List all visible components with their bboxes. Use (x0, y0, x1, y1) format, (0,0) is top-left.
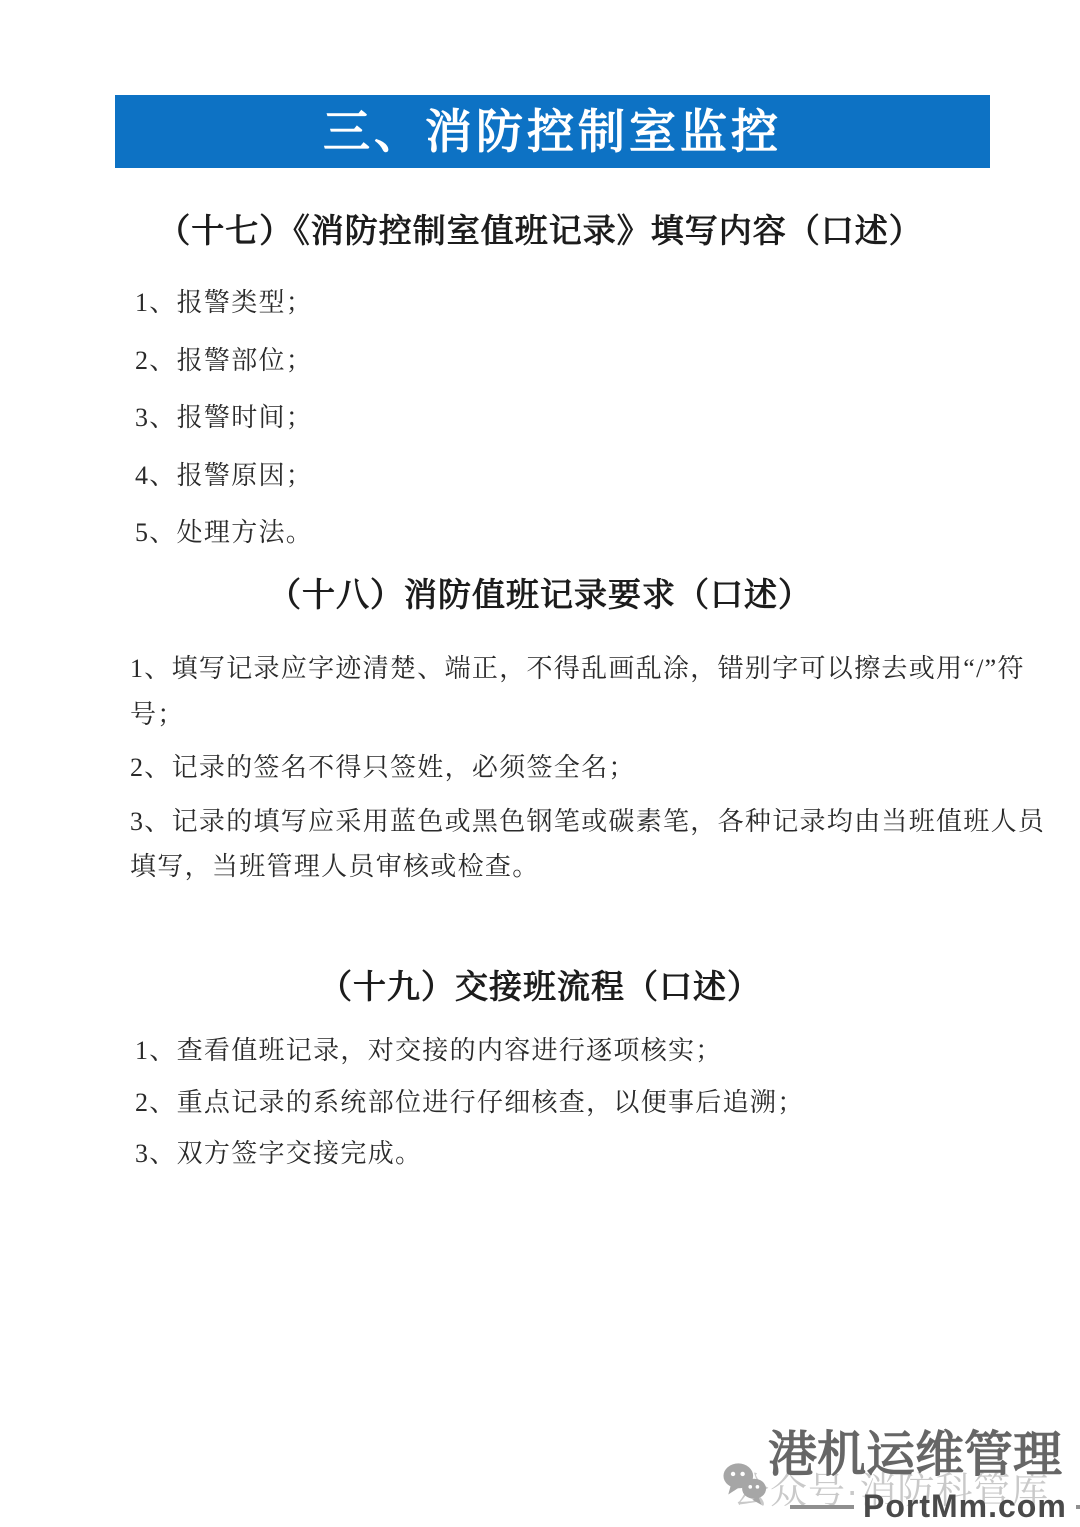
section-19-heading: （十九）交接班流程（口述） (0, 962, 1080, 1014)
document-page: 三、消防控制室监控 （十七）《消防控制室值班记录》填写内容（口述） 1、报警类型… (0, 0, 1080, 1527)
watermark-site-row: PortMm.com (790, 1488, 1080, 1525)
section-18-heading: （十八）消防值班记录要求（口述） (0, 570, 1080, 622)
list-item: 2、记录的签名不得只签姓，必须签全名； (130, 745, 1065, 791)
watermark-site-text: PortMm.com (863, 1488, 1067, 1525)
list-item: 2、报警部位； (135, 338, 1070, 384)
list-item: 1、报警类型； (135, 280, 1070, 326)
section-17-items: 1、报警类型； 2、报警部位； 3、报警时间； 4、报警原因； 5、处理方法。 (0, 280, 1080, 556)
section-17-heading: （十七）《消防控制室值班记录》填写内容（口述） (0, 206, 1080, 258)
list-item: 4、报警原因； (135, 453, 1070, 499)
section-19: （十九）交接班流程（口述） 1、查看值班记录，对交接的内容进行逐项核实； 2、重… (0, 962, 1080, 1183)
section-19-items: 1、查看值班记录，对交接的内容进行逐项核实； 2、重点记录的系统部位进行仔细核查… (0, 1028, 1080, 1177)
list-item: 1、填写记录应字迹清楚、端正，不得乱画乱涂，错别字可以擦去或用“/”符号； (130, 646, 1065, 737)
list-item: 2、重点记录的系统部位进行仔细核查，以便事后追溯； (135, 1080, 1070, 1126)
divider-line (1076, 1505, 1080, 1509)
section-18-items: 1、填写记录应字迹清楚、端正，不得乱画乱涂，错别字可以擦去或用“/”符号； 2、… (0, 646, 1080, 890)
divider-line (790, 1505, 854, 1509)
list-item: 1、查看值班记录，对交接的内容进行逐项核实； (135, 1028, 1070, 1074)
list-item: 3、记录的填写应采用蓝色或黑色钢笔或碳素笔，各种记录均由当班值班人员填写，当班管… (130, 799, 1065, 890)
banner-title: 三、消防控制室监控 (323, 108, 782, 155)
list-item: 5、处理方法。 (135, 510, 1070, 556)
title-banner: 三、消防控制室监控 (115, 95, 990, 168)
section-17: （十七）《消防控制室值班记录》填写内容（口述） 1、报警类型； 2、报警部位； … (0, 206, 1080, 568)
watermark-brand-text: 港机运维管理 (768, 1416, 1062, 1486)
section-18: （十八）消防值班记录要求（口述） 1、填写记录应字迹清楚、端正，不得乱画乱涂，错… (0, 570, 1080, 898)
wechat-icon (722, 1462, 768, 1511)
list-item: 3、双方签字交接完成。 (135, 1131, 1070, 1177)
watermark: 公众号·消防科管库 港机运维管理 PortMm.com (690, 1420, 1080, 1527)
list-item: 3、报警时间； (135, 395, 1070, 441)
